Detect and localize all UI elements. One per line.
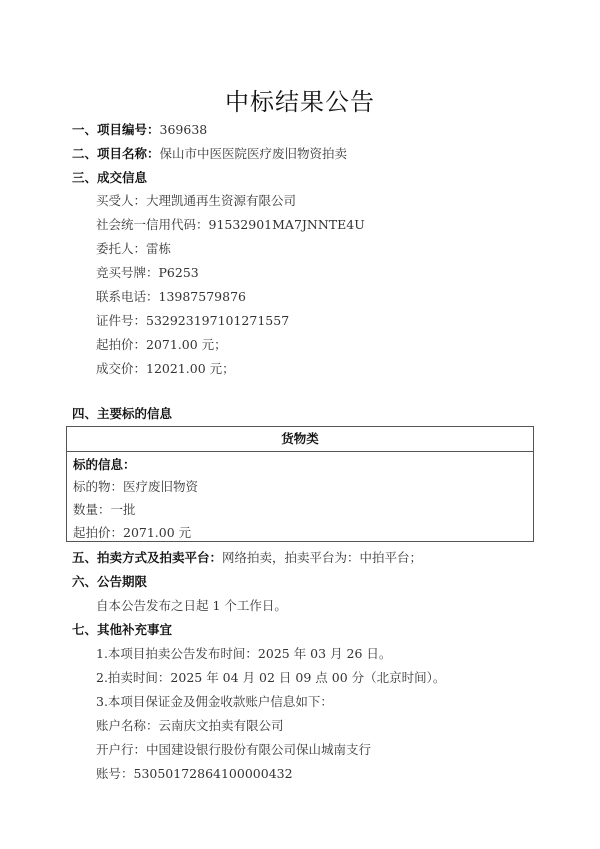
project-number: 一、项目编号：369638 [72,122,207,138]
subject-starting-price: 起拍价：2071.00 元 [73,525,191,541]
project-name-label: 二、项目名称： [72,146,160,161]
auction-method-value: 网络拍卖，拍卖平台为：中拍平台； [222,550,422,565]
deal-info-heading: 三、成交信息 [72,170,147,186]
notice-period-heading: 六、公告期限 [72,574,147,590]
auction-method-label: 五、拍卖方式及拍卖平台： [72,550,222,565]
contact-phone: 联系电话：13987579876 [96,289,246,305]
auction-time: 2.拍卖时间：2025 年 04 月 02 日 09 点 00 分（北京时间）。 [96,670,445,686]
subject-info-label: 标的信息： [73,457,136,473]
project-name: 二、项目名称：保山市中医医院医疗废旧物资拍卖 [72,146,347,162]
subject-quantity: 数量：一批 [73,502,136,518]
deal-price: 成交价：12021.00 元； [96,361,235,377]
id-number: 证件号：532923197101271557 [96,313,289,329]
project-number-label: 一、项目编号： [72,122,160,137]
subject-info-table: 货物类 标的信息： 标的物：医疗废旧物资 数量：一批 起拍价：2071.00 元 [66,426,534,542]
credit-code: 社会统一信用代码：91532901MA7JNNTE4U [96,217,365,233]
subject-item: 标的物：医疗废旧物资 [73,479,198,495]
starting-price: 起拍价：2071.00 元； [96,337,227,353]
other-matters-heading: 七、其他补充事宜 [72,622,172,638]
table-header: 货物类 [67,427,533,452]
account-info-intro: 3.本项目保证金及佣金收款账户信息如下： [96,694,333,710]
buyer: 买受人：大理凯通再生资源有限公司 [96,193,296,209]
page-title: 中标结果公告 [0,82,600,117]
bid-number: 竞买号牌：P6253 [96,265,199,281]
project-name-value: 保山市中医医院医疗废旧物资拍卖 [160,146,348,161]
notice-period-value: 自本公告发布之日起 1 个工作日。 [96,598,287,614]
publish-time: 1.本项目拍卖公告发布时间：2025 年 03 月 26 日。 [96,646,391,662]
auction-method: 五、拍卖方式及拍卖平台：网络拍卖，拍卖平台为：中拍平台； [72,550,422,566]
project-number-value: 369638 [160,122,208,137]
bank-name: 开户行：中国建设银行股份有限公司保山城南支行 [96,742,371,758]
client: 委托人：雷栋 [96,241,171,257]
subject-info-heading: 四、主要标的信息 [72,406,172,422]
account-number: 账号：53050172864100000432 [96,766,293,782]
account-name: 账户名称：云南庆文拍卖有限公司 [96,718,284,734]
